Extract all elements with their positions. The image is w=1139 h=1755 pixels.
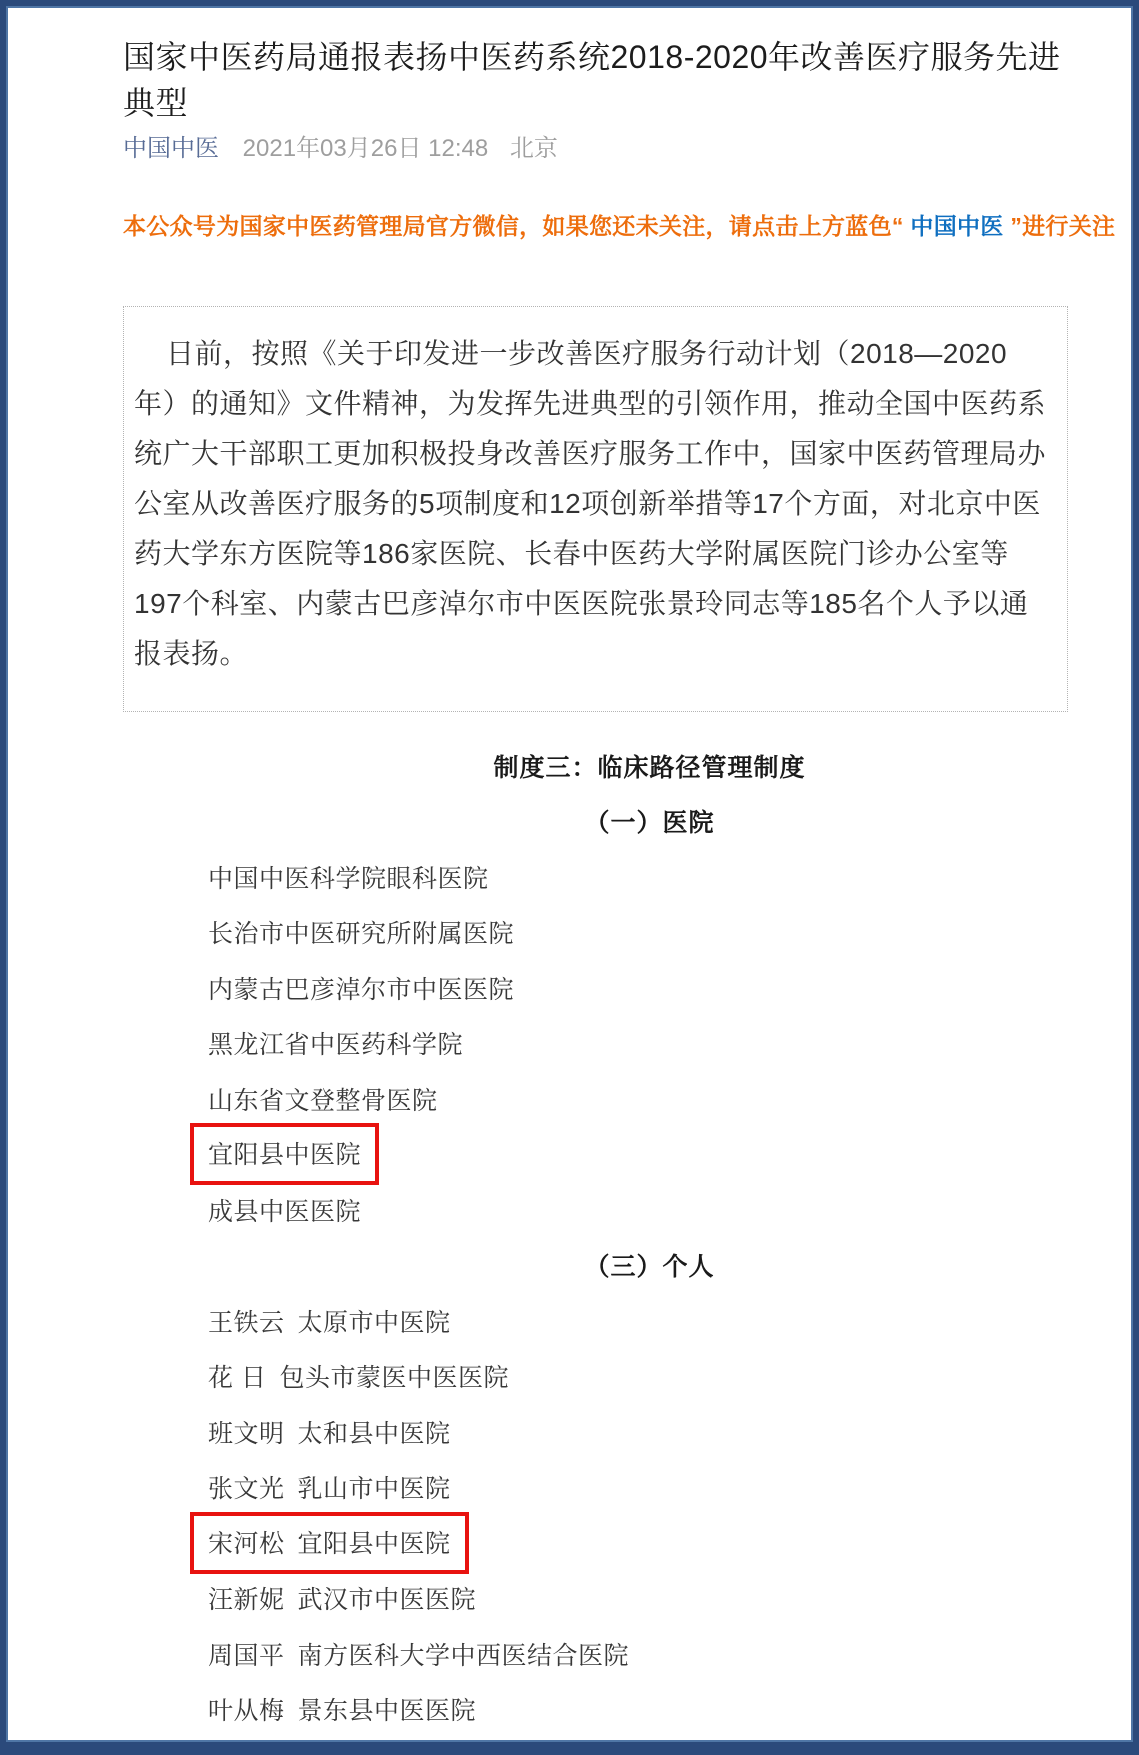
publish-location: 北京	[510, 135, 558, 162]
individual-item: 张文光 乳山市中医院	[208, 1460, 1091, 1516]
hospital-name: 长治市中医研究所附属医院	[208, 914, 514, 950]
hospital-name: 黑龙江省中医药科学院	[208, 1025, 463, 1061]
subsection-hospitals-heading-row: （一）医院	[208, 794, 1091, 850]
individual-item: 班文明 太和县中医院	[208, 1404, 1091, 1460]
hospital-name: 中国中医科学院眼科医院	[208, 859, 489, 895]
individual-hospital: 宜阳县中医院	[298, 1524, 451, 1560]
article-page: 国家中医药局通报表扬中医药系统2018-2020年改善医疗服务先进 典型 中国中…	[6, 6, 1133, 1742]
individual-item: 汪新妮 武汉市中医医院	[208, 1571, 1091, 1627]
individual-item: 叶从梅 景东县中医医院	[208, 1682, 1091, 1738]
individual-hospital: 武汉市中医医院	[298, 1580, 477, 1616]
highlight-box-hospital: 宜阳县中医院	[190, 1123, 379, 1185]
individual-hospital: 乳山市中医院	[298, 1469, 451, 1505]
article-title-line-2: 典型	[123, 80, 1131, 126]
individual-hospital: 包头市蒙医中医医院	[279, 1358, 509, 1394]
intro-box: 日前，按照《关于印发进一步改善医疗服务行动计划（2018—2020年）的通知》文…	[123, 306, 1068, 712]
follow-notice-text-2: ”进行关注	[1010, 213, 1115, 239]
hospital-item: 山东省文登整骨医院	[208, 1071, 1091, 1127]
follow-notice: 本公众号为国家中医药管理局官方微信，如果您还未关注，请点击上方蓝色“ 中国中医 …	[123, 212, 1131, 240]
individual-item: 花 日 包头市蒙医中医医院	[208, 1349, 1091, 1405]
intro-paragraph: 日前，按照《关于印发进一步改善医疗服务行动计划（2018—2020年）的通知》文…	[134, 329, 1049, 679]
article-meta: 中国中医 2021年03月26日 12:48 北京	[123, 136, 1131, 162]
commendation-section: 制度三：临床路径管理制度 （一）医院 中国中医科学院眼科医院 长治市中医研究所附…	[208, 738, 1091, 1737]
individual-item: 王铁云 太原市中医院	[208, 1293, 1091, 1349]
individual-item: 周国平 南方医科大学中西医结合医院	[208, 1626, 1091, 1682]
individual-hospital: 太和县中医院	[298, 1414, 451, 1450]
individual-hospital: 太原市中医院	[298, 1303, 451, 1339]
hospital-item: 中国中医科学院眼科医院	[208, 849, 1091, 905]
highlight-box-individual: 宋河松 宜阳县中医院	[190, 1512, 469, 1574]
individual-name: 宋河松	[208, 1524, 285, 1560]
individual-name: 张文光	[208, 1469, 285, 1505]
hospital-name: 山东省文登整骨医院	[208, 1081, 438, 1117]
hospital-item: 内蒙古巴彦淖尔市中医医院	[208, 960, 1091, 1016]
subsection-hospitals-heading: （一）医院	[584, 803, 714, 839]
article-title-line-1: 国家中医药局通报表扬中医药系统2018-2020年改善医疗服务先进	[123, 34, 1131, 80]
subsection-individuals-heading: （三）个人	[584, 1247, 714, 1283]
subsection-individuals-heading-row: （三）个人	[208, 1238, 1091, 1294]
account-link[interactable]: 中国中医	[123, 135, 219, 162]
individual-hospital: 南方医科大学中西医结合医院	[298, 1636, 630, 1672]
article-header: 国家中医药局通报表扬中医药系统2018-2020年改善医疗服务先进 典型 中国中…	[8, 8, 1131, 240]
publish-datetime: 2021年03月26日 12:48	[243, 135, 489, 162]
individual-name: 班文明	[208, 1414, 285, 1450]
individual-item-highlighted: 宋河松 宜阳县中医院	[208, 1515, 1091, 1571]
hospital-name: 宜阳县中医院	[208, 1135, 361, 1171]
individual-name: 花 日	[208, 1358, 266, 1394]
article-title: 国家中医药局通报表扬中医药系统2018-2020年改善医疗服务先进 典型	[123, 34, 1131, 126]
individual-hospital: 景东县中医医院	[298, 1691, 477, 1727]
individual-name: 叶从梅	[208, 1691, 285, 1727]
hospital-item: 成县中医医院	[208, 1182, 1091, 1238]
hospital-name: 成县中医医院	[208, 1192, 361, 1228]
follow-notice-account-name: 中国中医	[910, 213, 1003, 239]
hospital-item: 黑龙江省中医药科学院	[208, 1016, 1091, 1072]
individual-name: 王铁云	[208, 1303, 285, 1339]
individual-name: 汪新妮	[208, 1580, 285, 1616]
section-heading: 制度三：临床路径管理制度	[493, 748, 805, 784]
follow-notice-text-1: 本公众号为国家中医药管理局官方微信，如果您还未关注，请点击上方蓝色“	[123, 213, 904, 239]
section-heading-row: 制度三：临床路径管理制度	[208, 738, 1091, 794]
hospital-name: 内蒙古巴彦淖尔市中医医院	[208, 970, 514, 1006]
hospital-item-highlighted: 宜阳县中医院	[208, 1127, 1091, 1183]
hospital-item: 长治市中医研究所附属医院	[208, 905, 1091, 961]
individual-name: 周国平	[208, 1636, 285, 1672]
